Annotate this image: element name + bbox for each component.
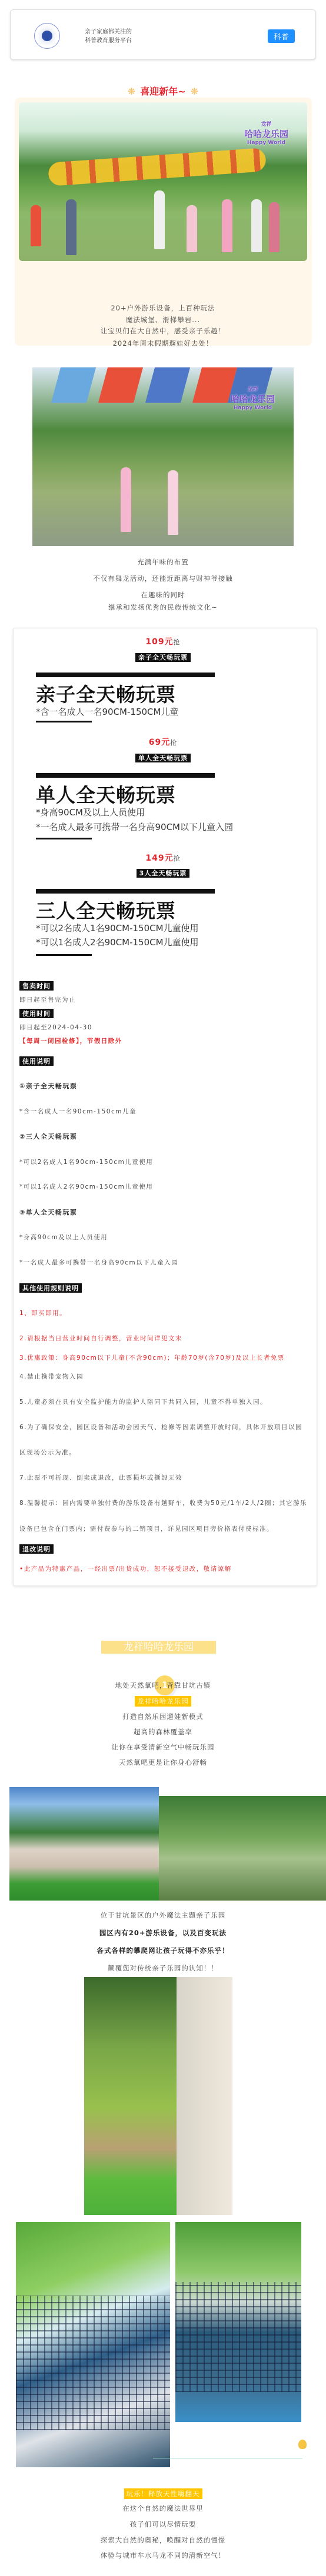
intro-line: 2024年周末假期遛娃好去处！ [0,339,326,348]
rule-item: 7.此票不可折现、倒卖或退改，此票损坏或撕毁无效 [19,1473,182,1482]
rules-label: 其他使用规则说明 [19,1283,82,1293]
rule-item: 区现场公示为准。 [19,1448,76,1457]
ticket-tag: 亲子全天畅玩票 [0,651,326,662]
usage-item-line: *可以2名成人1名90cm-150cm儿童使用 [19,1157,153,1166]
section-line: 超高的森林覆盖率 [0,1727,326,1737]
ticket-price[interactable]: 149元抢 [0,852,326,864]
usage-item-title: ③单人全天畅玩票 [19,1207,77,1217]
rule-item: 1、即买即用。 [19,1309,66,1317]
caption-line: 园区内有20+游乐设备，以及百变玩法 [0,1928,326,1938]
tulip-icon [298,2440,307,2449]
section-line: 天然氧吧更是让你身心舒畅 [0,1758,326,1767]
sale-time-label: 售卖时间 [19,981,54,991]
use-time-label: 使用时间 [19,1009,54,1018]
divider [36,889,215,894]
usage-item-line: *含一名成人一名90cm-150cm儿童 [19,1107,137,1116]
rule-item: 5.儿童必须在具有安全监护能力的监护人陪同下共同入园，儿童不得单独入园。 [19,1397,267,1406]
intro-line: 让宝贝们在大自然中，感受亲子乐趣！ [0,326,326,336]
kepu-button[interactable]: 科普 [268,29,295,43]
tagline-line-2: 科普教育服务平台 [85,36,132,45]
ticket-title: 三人全天畅玩票 [36,896,176,924]
ticket-price[interactable]: 69元抢 [0,736,326,748]
intro-line: 魔法城堡、滑梯攀岩... [0,315,326,324]
sale-time-value: 即日起至售完为止 [19,995,76,1004]
flower-icon: ❋ [191,86,198,97]
ticket-desc: *可以2名成人1名90CM-150CM儿童使用 [36,921,199,936]
divider [36,773,215,778]
play-line: 探索大自然的奥秘，唤醒对自然的憧憬 [0,2535,326,2545]
decorative-line [153,2458,302,2458]
ticket-desc: *一名成人最多可携带一名身高90CM以下儿童入园 [36,820,233,835]
ticket-price[interactable]: 109元抢 [0,635,326,647]
divider [36,954,92,956]
ticket-desc: *可以1名成人2名90CM-150CM儿童使用 [36,935,199,950]
refund-label: 退改说明 [19,1544,54,1554]
usage-label: 使用说明 [19,1056,54,1066]
ticket-tag: 3人全天畅玩票 [0,867,326,878]
climbing-tunnel-photo [84,1977,232,2215]
play-line: 在这个自然的魔法世界里 [0,2504,326,2513]
treetop-rope-course-photo [159,1796,326,1901]
play-line: 体验与城市车水马龙不同的清新空气！ [0,2551,326,2560]
caption-line: 在趣味的同时 [0,590,326,600]
usage-item-title: ①亲子全天畅玩票 [19,1081,77,1090]
dragon-dance-photo: 龙祥 哈哈龙乐园 Happy World [19,102,307,261]
ticket-title: 亲子全天畅玩票 [36,680,176,707]
rule-item: 设备已包含在门票内；需付费参与的二销项目，详见园区项目旁价格表付费标准。 [19,1524,274,1533]
rule-item: 3.优惠政策：身高90cm以下儿童(不含90cm)；年龄70岁(含70岁)及以上… [19,1353,285,1362]
account-tagline: 亲子家庭都关注的 科普教育服务平台 [85,28,132,45]
rule-item: 8.温馨提示：园内需要单独付费的游乐设备有越野车，收费为50元/1车/2人/2圈… [19,1498,307,1507]
park-logo-watermark: 龙祥 哈哈龙乐园 Happy World [244,120,288,146]
section-line: 打造自然乐园遛娃新模式 [0,1712,326,1721]
ticket-title: 单人全天畅玩票 [36,780,176,808]
rule-item: 6.为了确保安全，园区设备和活动会因天气、检修等因素调整开放时间，具体开放项目以… [19,1423,302,1431]
divider [36,838,92,839]
play-highlight: 玩乐！释放天性嗨翻天 [0,2489,326,2498]
park-logo-watermark: 龙祥 哈哈龙乐园 Happy World [231,385,275,411]
intro-line: 20+户外游乐设备，上百种玩法 [0,303,326,313]
refund-note: •此产品为特惠产品，一经出票/出货成功，恕不接受退改，敬请谅解 [19,1564,232,1573]
section-banner: 龙祥哈哈龙乐园 [101,1641,216,1654]
magic-castle-photo [9,1787,159,1901]
caption-line: 各式各样的攀爬网让孩子玩得不亦乐乎！ [0,1946,326,1955]
section-line: 让你在享受清新空气中畅玩乐园 [0,1742,326,1752]
divider [36,721,92,722]
new-year-title-text: 喜迎新年~ [140,86,185,97]
new-year-parade-photo: 龙祥 哈哈龙乐园 Happy World [32,367,294,546]
flower-icon: ❋ [128,86,135,97]
net-walkway-photo [175,2222,301,2422]
caption-line: 颠覆您对传统亲子乐园的认知！！ [0,1963,326,1973]
play-line: 孩子们可以尽情玩耍 [0,2520,326,2529]
closure-note: 【每周一闭园检修】，节假日除外 [19,1036,122,1045]
park-name-highlight: 龙祥哈哈龙乐园 [0,1697,326,1706]
account-header-card[interactable]: 亲子家庭都关注的 科普教育服务平台 科普 [10,9,316,60]
ticket-desc: *含一名成人一名90CM-150CM儿童 [36,705,178,720]
tagline-line-1: 亲子家庭都关注的 [85,28,132,36]
caption-line: 不仅有舞龙活动，还能近距离与财神爷接触 [0,574,326,583]
shenzhen-science-logo-icon [34,23,60,49]
caption-line: 位于甘坑景区的户外魔法主题亲子乐园 [0,1911,326,1920]
rule-item: 4.禁止携带宠物入园 [19,1372,84,1381]
divider [36,673,215,677]
use-time-value: 即日起至2024-04-30 [19,1023,92,1032]
new-year-title: ❋喜迎新年~❋ [0,84,326,98]
rule-item: 2.请根据当日营业时间自行调整，营业时间详见文末 [19,1334,182,1343]
caption-line: 继承和发扬优秀的民族传统文化~ [0,603,326,612]
usage-item-title: ②三人全天畅玩票 [19,1132,77,1141]
ticket-desc: *身高90CM及以上人员使用 [36,805,145,820]
usage-item-line: *可以1名成人2名90cm-150cm儿童使用 [19,1182,153,1191]
ticket-tag: 单人全天畅玩票 [0,751,326,762]
usage-item-line: *身高90cm及以上人员使用 [19,1233,108,1242]
section-line: 地处天然氧吧，背靠甘坑古镇 [0,1681,326,1690]
dragon-prop [48,148,267,186]
usage-item-line: *一名成人最多可携带一名身高90cm以下儿童入园 [19,1258,178,1267]
caption-line: 充满年味的布置 [0,557,326,567]
net-bridge-photo [16,2222,170,2467]
